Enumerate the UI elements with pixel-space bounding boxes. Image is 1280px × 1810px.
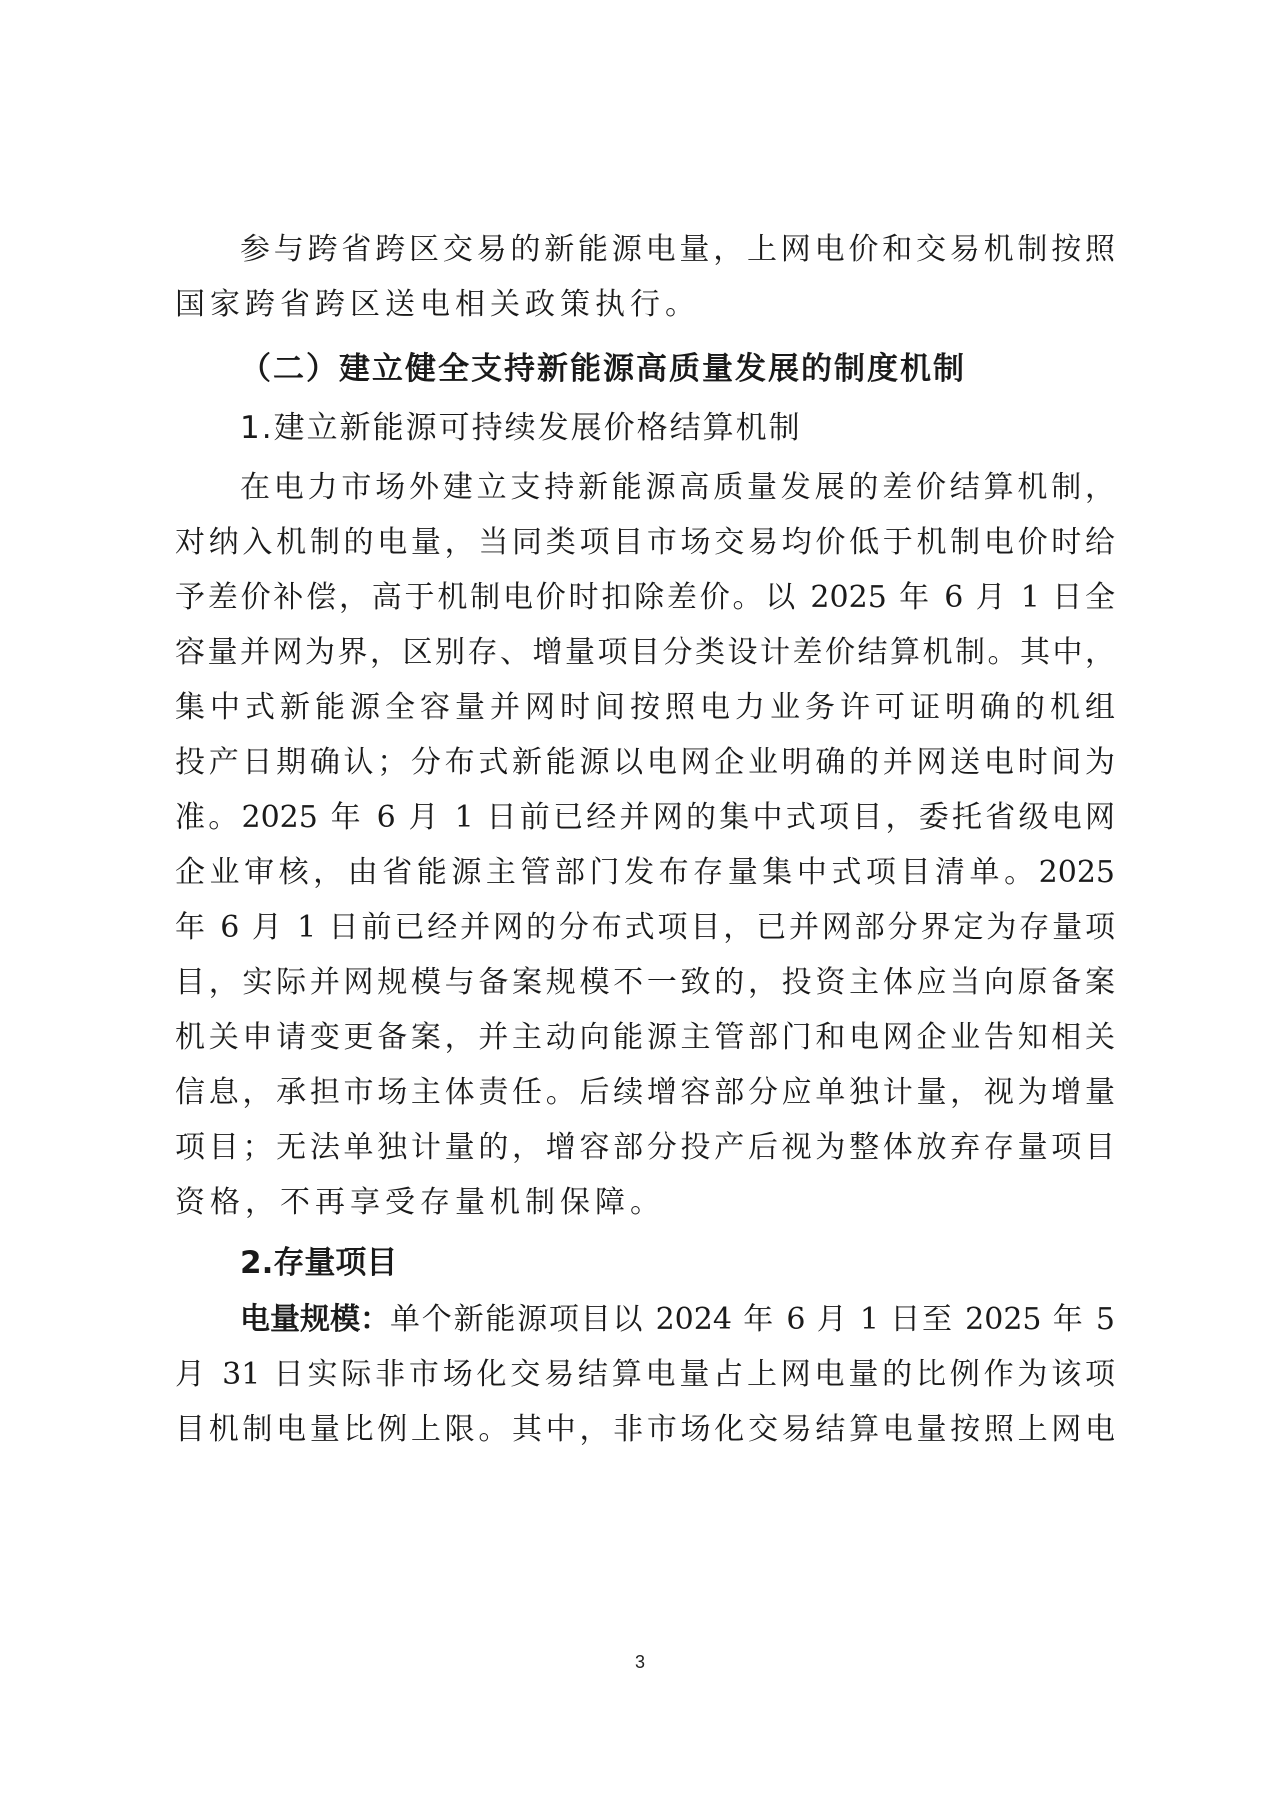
paragraph-line: 参与跨省跨区交易的新能源电量，上网电价和交易机制按照 <box>240 226 1115 274</box>
paragraph-line: 目机制电量比例上限。其中，非市场化交易结算电量按照上网电 <box>175 1406 1115 1454</box>
section-heading: （二）建立健全支持新能源高质量发展的制度机制 <box>240 345 966 393</box>
page-number: 3 <box>620 1652 660 1673</box>
paragraph-line: 予差价补偿，高于机制电价时扣除差价。以 2025 年 6 月 1 日全 <box>175 574 1115 622</box>
paragraph-line: 月 31 日实际非市场化交易结算电量占上网电量的比例作为该项 <box>175 1351 1115 1399</box>
subheading-price-settlement: 1.建立新能源可持续发展价格结算机制 <box>240 404 802 452</box>
paragraph-line: 对纳入机制的电量，当同类项目市场交易均价低于机制电价时给 <box>175 519 1115 567</box>
paragraph-line: 项目；无法单独计量的，增容部分投产后视为整体放弃存量项目 <box>175 1124 1115 1172</box>
paragraph-line: 在电力市场外建立支持新能源高质量发展的差价结算机制， <box>240 464 1115 512</box>
paragraph-line: 电量规模： 单个新能源项目以 2024 年 6 月 1 日至 2025 年 5 <box>240 1296 1115 1344</box>
paragraph-line: 集中式新能源全容量并网时间按照电力业务许可证明确的机组 <box>175 684 1115 732</box>
paragraph-line: 目，实际并网规模与备案规模不一致的，投资主体应当向原备案 <box>175 959 1115 1007</box>
paragraph-line-text: 单个新能源项目以 2024 年 6 月 1 日至 2025 年 5 <box>390 1296 1115 1344</box>
document-page: 参与跨省跨区交易的新能源电量，上网电价和交易机制按照 国家跨省跨区送电相关政策执… <box>0 0 1280 1810</box>
paragraph-line: 投产日期确认；分布式新能源以电网企业明确的并网送电时间为 <box>175 739 1115 787</box>
paragraph-line: 资格，不再享受存量机制保障。 <box>175 1179 1115 1227</box>
paragraph-line: 年 6 月 1 日前已经并网的分布式项目，已并网部分界定为存量项 <box>175 904 1115 952</box>
paragraph-lead: 电量规模： <box>240 1296 390 1344</box>
paragraph-line: 机关申请变更备案，并主动向能源主管部门和电网企业告知相关 <box>175 1014 1115 1062</box>
paragraph-line: 容量并网为界，区别存、增量项目分类设计差价结算机制。其中， <box>175 629 1115 677</box>
paragraph-line: 企业审核，由省能源主管部门发布存量集中式项目清单。2025 <box>175 849 1115 897</box>
paragraph-line: 国家跨省跨区送电相关政策执行。 <box>175 281 1115 329</box>
subheading-existing-projects: 2.存量项目 <box>240 1239 397 1287</box>
paragraph-line: 信息，承担市场主体责任。后续增容部分应单独计量，视为增量 <box>175 1069 1115 1117</box>
paragraph-line: 准。2025 年 6 月 1 日前已经并网的集中式项目，委托省级电网 <box>175 794 1115 842</box>
